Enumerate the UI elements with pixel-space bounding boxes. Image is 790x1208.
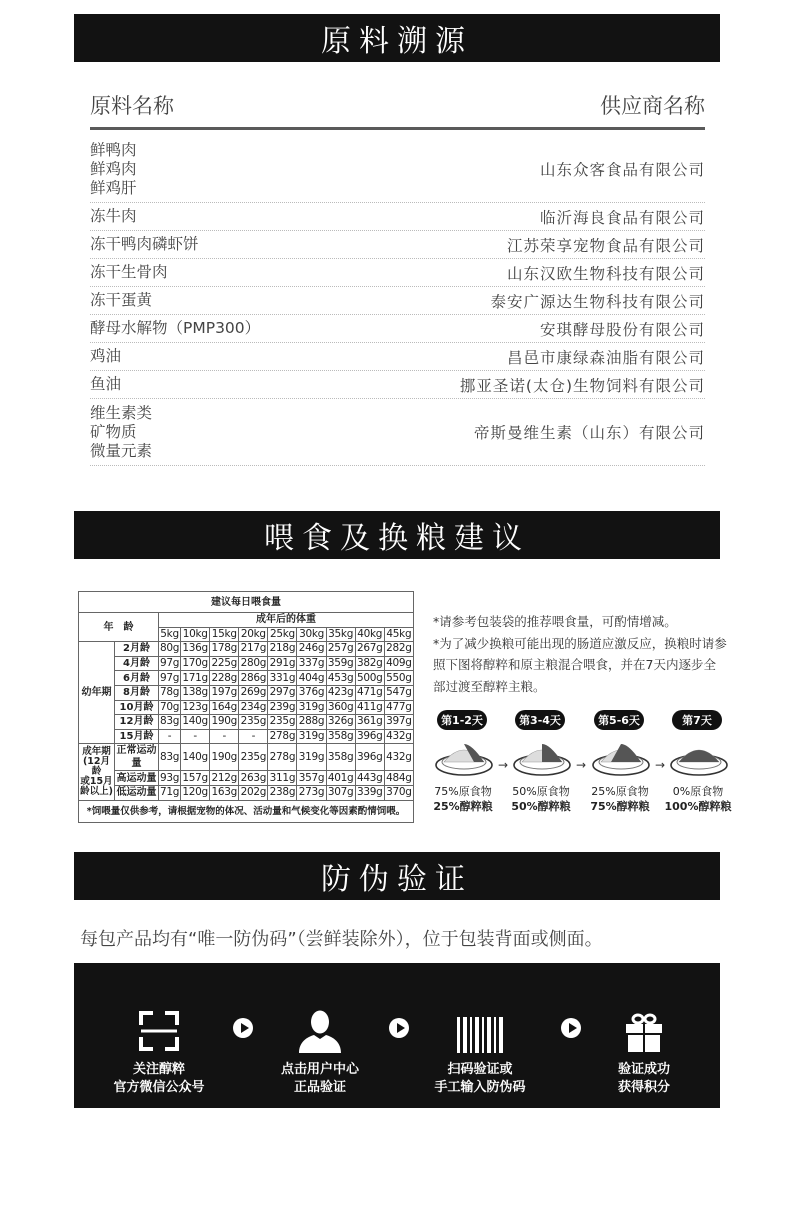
step-label: 点击用户中心 [240, 1061, 400, 1079]
food-bowl-icon [512, 738, 572, 778]
material-name-line: 酵母水解物（PMP300） [90, 319, 260, 338]
feed-amount: 319g [297, 700, 326, 715]
table-row: 幼年期2月龄80g136g178g217g218g246g257g267g282… [79, 642, 414, 657]
step-label: 官方微信公众号 [79, 1079, 239, 1097]
feed-amount: 138g [181, 685, 210, 700]
feed-amount: 239g [268, 700, 297, 715]
feed-amount: 171g [181, 671, 210, 686]
adult-group-label: 成年期(12月龄或15月龄以上) [79, 744, 115, 800]
table-row: 8月龄78g138g197g269g297g376g423g471g547g [79, 685, 414, 700]
feed-amount: 370g [384, 785, 413, 800]
row-label: 高运动量 [115, 771, 159, 786]
material-name-line: 鲜鸭肉 [90, 141, 137, 160]
feed-amount: 218g [268, 642, 297, 657]
material-name: 冻干鸭肉磷虾饼 [90, 235, 199, 254]
table-title: 建议每日喂食量 [79, 592, 414, 613]
new-food-ratio: 75%醇粹粮 [581, 799, 659, 814]
feed-amount: 423g [326, 685, 355, 700]
feed-amount: 212g [210, 771, 239, 786]
feed-amount: - [181, 729, 210, 744]
row-label: 6月龄 [115, 671, 159, 686]
row-label: 正常运动量 [115, 744, 159, 771]
feed-amount: 278g [268, 729, 297, 744]
feed-amount: 78g [159, 685, 181, 700]
table-row: 4月龄97g170g225g280g291g337g359g382g409g [79, 656, 414, 671]
old-food-ratio: 50%原食物 [502, 784, 580, 799]
table-row: 高运动量93g157g212g263g311g357g401g443g484g [79, 771, 414, 786]
material-name-line: 矿物质 [90, 423, 152, 442]
material-name-line: 冻牛肉 [90, 207, 137, 226]
feed-amount: 331g [268, 671, 297, 686]
feed-amount: 136g [181, 642, 210, 657]
feed-amount: 235g [239, 744, 268, 771]
step-user-center: 点击用户中心正品验证 [240, 963, 400, 1097]
weight-col-header: 15kg [210, 627, 239, 642]
section-title-antifake: 防伪验证 [74, 852, 720, 900]
feed-amount: 361g [355, 715, 384, 730]
feed-amount: 228g [210, 671, 239, 686]
feed-amount: 404g [297, 671, 326, 686]
feed-amount: 190g [210, 715, 239, 730]
step-follow-wechat: 关注醇粹官方微信公众号 [79, 963, 239, 1097]
feed-amount: 140g [181, 715, 210, 730]
step-label: 正品验证 [240, 1079, 400, 1097]
adult-group-line: (12月龄 [79, 757, 114, 777]
material-row: 酵母水解物（PMP300）安琪酵母股份有限公司 [90, 315, 705, 343]
stage-day-badge: 第3-4天 [515, 710, 565, 730]
antifake-description: 每包产品均有“唯一防伪码”（尝鲜装除外），位于包装背面或侧面。 [80, 925, 603, 951]
supplier-name: 临沂海良食品有限公司 [540, 206, 705, 228]
material-name-line: 冻干鸭肉磷虾饼 [90, 235, 199, 254]
feed-amount: 235g [268, 715, 297, 730]
material-name-line: 冻干蛋黄 [90, 291, 152, 310]
feeding-notes: *请参考包装袋的推荐喂食量，可酌情增减。 *为了减少换粮可能出现的肠道应激反应，… [433, 611, 728, 697]
supplier-name: 山东众客食品有限公司 [540, 158, 705, 180]
feed-amount: 278g [268, 744, 297, 771]
scan-frame-icon [137, 1009, 181, 1053]
feed-amount: 432g [384, 744, 413, 771]
material-name: 维生素类矿物质微量元素 [90, 404, 152, 461]
weight-col-header: 40kg [355, 627, 384, 642]
row-label: 4月龄 [115, 656, 159, 671]
stage-ratio: 50%原食物50%醇粹粮 [502, 784, 580, 814]
feed-amount: 550g [384, 671, 413, 686]
feed-amount: 307g [326, 785, 355, 800]
feed-amount: 263g [239, 771, 268, 786]
weight-col-header: 30kg [297, 627, 326, 642]
feed-amount: 291g [268, 656, 297, 671]
feed-amount: 359g [326, 656, 355, 671]
feed-amount: 471g [355, 685, 384, 700]
feed-amount: 396g [355, 744, 384, 771]
material-row: 维生素类矿物质微量元素帝斯曼维生素（山东）有限公司 [90, 399, 705, 466]
step-verify-success: 验证成功获得积分 [564, 963, 724, 1097]
material-name: 冻干生骨肉 [90, 263, 168, 282]
material-name-line: 鱼油 [90, 375, 121, 394]
stage-day-badge: 第1-2天 [437, 710, 487, 730]
feed-amount: 120g [181, 785, 210, 800]
food-bowl-icon [591, 738, 651, 778]
row-label: 2月龄 [115, 642, 159, 657]
new-food-ratio: 100%醇粹粮 [659, 799, 737, 814]
feed-amount: 326g [326, 715, 355, 730]
material-name-line: 微量元素 [90, 442, 152, 461]
feed-amount: 358g [326, 744, 355, 771]
feeding-table: 建议每日喂食量年 龄成年后的体重5kg10kg15kg20kg25kg30kg3… [78, 591, 414, 823]
feed-amount: 337g [297, 656, 326, 671]
materials-list: 鲜鸭肉鲜鸡肉鲜鸡肝山东众客食品有限公司冻牛肉临沂海良食品有限公司冻干鸭肉磷虾饼江… [90, 136, 705, 466]
feed-amount: 319g [297, 729, 326, 744]
feed-amount: 164g [210, 700, 239, 715]
feed-amount: 443g [355, 771, 384, 786]
feed-amount: 269g [239, 685, 268, 700]
feed-amount: 411g [355, 700, 384, 715]
feed-amount: 357g [297, 771, 326, 786]
material-name-line: 鲜鸡肝 [90, 179, 137, 198]
weight-col-header: 5kg [159, 627, 181, 642]
stage-day-badge: 第7天 [672, 710, 722, 730]
feed-amount: 80g [159, 642, 181, 657]
adult-group-line: 龄以上) [79, 787, 114, 797]
feed-amount: 382g [355, 656, 384, 671]
header-rule [90, 127, 705, 130]
material-row: 鱼油挪亚圣诺(太仓)生物饲料有限公司 [90, 371, 705, 399]
feeding-note: *请参考包装袋的推荐喂食量，可酌情增减。 [433, 611, 728, 633]
supplier-name: 帝斯曼维生素（山东）有限公司 [474, 421, 705, 443]
gift-icon [624, 1013, 664, 1053]
feed-amount: 297g [268, 685, 297, 700]
feed-amount: - [210, 729, 239, 744]
supplier-name: 江苏荣享宠物食品有限公司 [507, 234, 705, 256]
feed-amount: 432g [384, 729, 413, 744]
material-name-line: 鲜鸡肉 [90, 160, 137, 179]
feed-amount: 140g [181, 744, 210, 771]
material-name: 鲜鸭肉鲜鸡肉鲜鸡肝 [90, 141, 137, 198]
supplier-name: 安琪酵母股份有限公司 [540, 318, 705, 340]
puppy-group-label: 幼年期 [79, 642, 115, 744]
table-row: 12月龄83g140g190g235g235g288g326g361g397g [79, 715, 414, 730]
stage-ratio: 75%原食物25%醇粹粮 [424, 784, 502, 814]
feed-amount: 225g [210, 656, 239, 671]
feed-amount: 246g [297, 642, 326, 657]
feed-amount: 311g [268, 771, 297, 786]
weight-header: 成年后的体重 [159, 613, 414, 628]
supplier-name: 山东汉欧生物科技有限公司 [507, 262, 705, 284]
feed-amount: 123g [181, 700, 210, 715]
feed-amount: 83g [159, 715, 181, 730]
table-row: 成年期(12月龄或15月龄以上)正常运动量83g140g190g235g278g… [79, 744, 414, 771]
header-supplier-name: 供应商名称 [600, 90, 705, 120]
feed-amount: 453g [326, 671, 355, 686]
table-row: 15月龄----278g319g358g396g432g [79, 729, 414, 744]
feed-amount: 238g [268, 785, 297, 800]
table-row: 低运动量71g120g163g202g238g273g307g339g370g [79, 785, 414, 800]
material-name: 鸡油 [90, 347, 121, 366]
weight-col-header: 35kg [326, 627, 355, 642]
feed-amount: 409g [384, 656, 413, 671]
stage-ratio: 25%原食物75%醇粹粮 [581, 784, 659, 814]
weight-col-header: 25kg [268, 627, 297, 642]
row-label: 8月龄 [115, 685, 159, 700]
feed-amount: 282g [384, 642, 413, 657]
material-name-line: 维生素类 [90, 404, 152, 423]
feed-amount: 360g [326, 700, 355, 715]
step-label: 获得积分 [564, 1079, 724, 1097]
new-food-ratio: 25%醇粹粮 [424, 799, 502, 814]
feed-amount: 157g [181, 771, 210, 786]
header-material-name: 原料名称 [90, 90, 174, 120]
feed-amount: 83g [159, 744, 181, 771]
barcode-icon [457, 1017, 503, 1053]
stage-ratio: 0%原食物100%醇粹粮 [659, 784, 737, 814]
feed-amount: 97g [159, 671, 181, 686]
material-row: 鲜鸭肉鲜鸡肉鲜鸡肝山东众客食品有限公司 [90, 136, 705, 203]
feed-amount: 401g [326, 771, 355, 786]
material-row: 冻干蛋黄泰安广源达生物科技有限公司 [90, 287, 705, 315]
weight-col-header: 45kg [384, 627, 413, 642]
feeding-note: *为了减少换粮可能出现的肠道应激反应，换粮时请参照下图将醇粹和原主粮混合喂食，并… [433, 633, 728, 698]
material-row: 鸡油昌邑市康绿森油脂有限公司 [90, 343, 705, 371]
food-bowl-icon [669, 738, 729, 778]
feed-amount: 397g [384, 715, 413, 730]
feed-amount: 234g [239, 700, 268, 715]
feed-amount: 273g [297, 785, 326, 800]
feed-amount: 288g [297, 715, 326, 730]
weight-col-header: 20kg [239, 627, 268, 642]
old-food-ratio: 25%原食物 [581, 784, 659, 799]
feed-amount: 339g [355, 785, 384, 800]
feed-amount: 163g [210, 785, 239, 800]
material-name: 鱼油 [90, 375, 121, 394]
row-label: 12月龄 [115, 715, 159, 730]
material-row: 冻干鸭肉磷虾饼江苏荣享宠物食品有限公司 [90, 231, 705, 259]
feed-amount: 97g [159, 656, 181, 671]
feed-amount: 70g [159, 700, 181, 715]
feed-amount: 217g [239, 642, 268, 657]
feed-amount: 547g [384, 685, 413, 700]
arrow-right-icon: → [655, 758, 665, 772]
feed-amount: 396g [355, 729, 384, 744]
supplier-name: 挪亚圣诺(太仓)生物饲料有限公司 [460, 374, 705, 396]
step-label: 验证成功 [564, 1061, 724, 1079]
arrow-right-icon: → [576, 758, 586, 772]
food-bowl-icon [434, 738, 494, 778]
feed-amount: 280g [239, 656, 268, 671]
feed-amount: - [239, 729, 268, 744]
material-name-line: 鸡油 [90, 347, 121, 366]
feed-amount: 286g [239, 671, 268, 686]
step-label: 扫码验证或 [400, 1061, 560, 1079]
material-name: 冻干蛋黄 [90, 291, 152, 310]
row-label: 15月龄 [115, 729, 159, 744]
feed-amount: 93g [159, 771, 181, 786]
feed-amount: 477g [384, 700, 413, 715]
step-label: 手工输入防伪码 [400, 1079, 560, 1097]
section-title-materials: 原料溯源 [74, 14, 720, 62]
age-header: 年 龄 [79, 613, 159, 642]
feed-amount: 202g [239, 785, 268, 800]
feed-amount: 170g [181, 656, 210, 671]
feed-amount: 190g [210, 744, 239, 771]
material-name-line: 冻干生骨肉 [90, 263, 168, 282]
feed-amount: 319g [297, 744, 326, 771]
feed-amount: - [159, 729, 181, 744]
feed-amount: 178g [210, 642, 239, 657]
user-icon [297, 1009, 343, 1053]
old-food-ratio: 75%原食物 [424, 784, 502, 799]
row-label: 10月龄 [115, 700, 159, 715]
row-label: 低运动量 [115, 785, 159, 800]
material-name: 冻牛肉 [90, 207, 137, 226]
feed-amount: 71g [159, 785, 181, 800]
feed-amount: 376g [297, 685, 326, 700]
material-row: 冻牛肉临沂海良食品有限公司 [90, 203, 705, 231]
arrow-right-icon: → [498, 758, 508, 772]
step-scan-code: 扫码验证或手工输入防伪码 [400, 963, 560, 1097]
weight-col-header: 10kg [181, 627, 210, 642]
new-food-ratio: 50%醇粹粮 [502, 799, 580, 814]
antifake-steps-panel: 关注醇粹官方微信公众号 点击用户中心正品验证 扫码验证或手工输入防伪码 [74, 963, 720, 1108]
materials-header: 原料名称 供应商名称 [90, 90, 705, 130]
feed-amount: 257g [326, 642, 355, 657]
supplier-name: 泰安广源达生物科技有限公司 [490, 290, 705, 312]
material-name: 酵母水解物（PMP300） [90, 319, 260, 338]
feed-amount: 267g [355, 642, 384, 657]
feed-amount: 358g [326, 729, 355, 744]
feed-amount: 484g [384, 771, 413, 786]
feed-amount: 235g [239, 715, 268, 730]
table-row: 10月龄70g123g164g234g239g319g360g411g477g [79, 700, 414, 715]
old-food-ratio: 0%原食物 [659, 784, 737, 799]
section-title-feeding: 喂食及换粮建议 [74, 511, 720, 559]
stage-day-badge: 第5-6天 [594, 710, 644, 730]
feed-amount: 500g [355, 671, 384, 686]
material-row: 冻干生骨肉山东汉欧生物科技有限公司 [90, 259, 705, 287]
step-label: 关注醇粹 [79, 1061, 239, 1079]
supplier-name: 昌邑市康绿森油脂有限公司 [507, 346, 705, 368]
feed-amount: 197g [210, 685, 239, 700]
table-footnote: *饲喂量仅供参考，请根据宠物的体况、活动量和气候变化等因素酌情饲喂。 [79, 800, 414, 822]
table-row: 6月龄97g171g228g286g331g404g453g500g550g [79, 671, 414, 686]
